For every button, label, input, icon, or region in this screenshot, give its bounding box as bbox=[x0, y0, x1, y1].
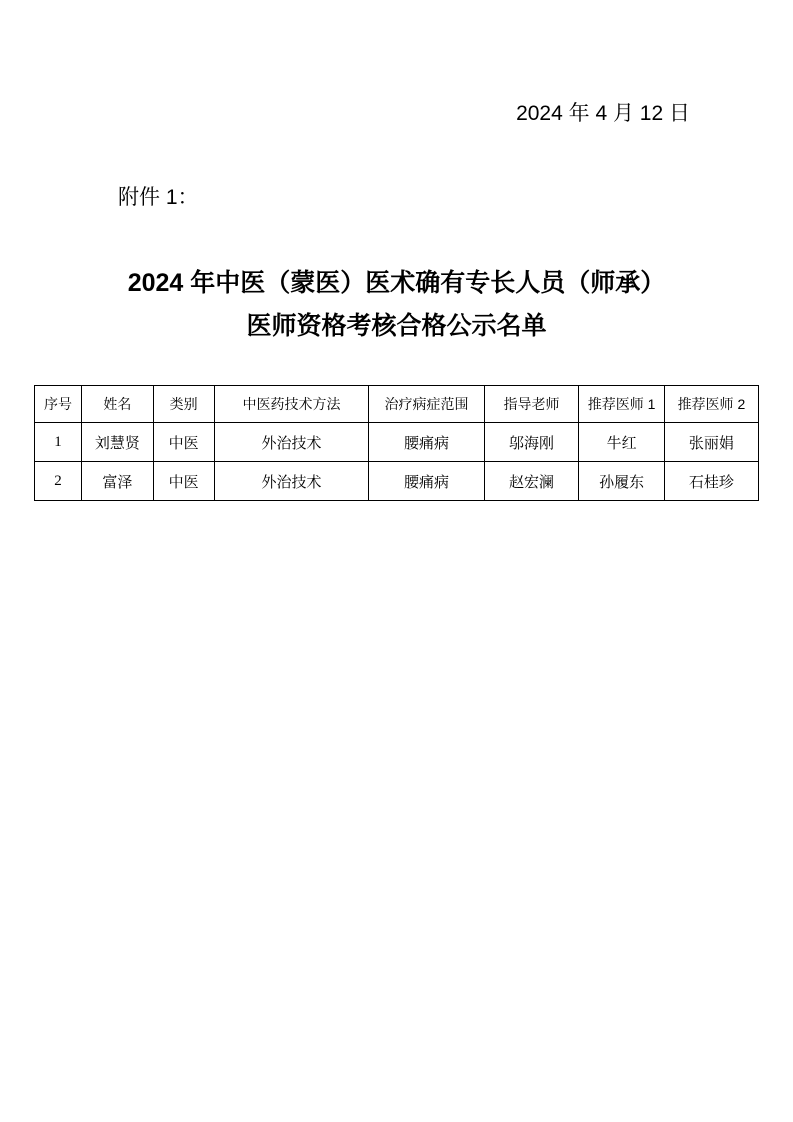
table-cell-category: 中医 bbox=[153, 423, 214, 462]
table-cell-name: 富泽 bbox=[82, 462, 154, 501]
table-cell-recommender-1: 牛红 bbox=[579, 423, 664, 462]
table-header-row: 序号 姓名 类别 中医药技术方法 治疗病症范围 指导老师 推荐医师 1 推荐医师… bbox=[35, 386, 759, 423]
document-title-line1: 2024 年中医（蒙医）医术确有专长人员（师承） bbox=[0, 262, 793, 305]
table-header-cell-technique: 中医药技术方法 bbox=[214, 386, 369, 423]
document-page: 2024 年 4 月 12 日 附件 1： 2024 年中医（蒙医）医术确有专长… bbox=[0, 0, 793, 1122]
table-cell-treatment-scope: 腰痛病 bbox=[369, 423, 484, 462]
table-header-cell-index: 序号 bbox=[35, 386, 82, 423]
table-row: 2 富泽 中医 外治技术 腰痛病 赵宏澜 孙履东 石桂珍 bbox=[35, 462, 759, 501]
table-cell-index: 1 bbox=[35, 423, 82, 462]
table-cell-name: 刘慧贤 bbox=[82, 423, 154, 462]
document-date: 2024 年 4 月 12 日 bbox=[516, 101, 690, 127]
table-cell-technique: 外治技术 bbox=[214, 423, 369, 462]
attachment-label: 附件 1： bbox=[118, 186, 199, 210]
table-cell-treatment-scope: 腰痛病 bbox=[369, 462, 484, 501]
table-cell-recommender-1: 孙履东 bbox=[579, 462, 664, 501]
table-header-cell-recommender-2: 推荐医师 2 bbox=[664, 386, 758, 423]
table-row: 1 刘慧贤 中医 外治技术 腰痛病 邬海刚 牛红 张丽娟 bbox=[35, 423, 759, 462]
table-cell-recommender-2: 石桂珍 bbox=[664, 462, 758, 501]
table-cell-technique: 外治技术 bbox=[214, 462, 369, 501]
roster-table: 序号 姓名 类别 中医药技术方法 治疗病症范围 指导老师 推荐医师 1 推荐医师… bbox=[34, 385, 759, 501]
document-title: 2024 年中医（蒙医）医术确有专长人员（师承） 医师资格考核合格公示名单 bbox=[0, 262, 793, 348]
table-header-cell-recommender-1: 推荐医师 1 bbox=[579, 386, 664, 423]
table-header-cell-treatment-scope: 治疗病症范围 bbox=[369, 386, 484, 423]
table-cell-index: 2 bbox=[35, 462, 82, 501]
table-header-cell-category: 类别 bbox=[153, 386, 214, 423]
table-header-cell-name: 姓名 bbox=[82, 386, 154, 423]
document-title-line2: 医师资格考核合格公示名单 bbox=[0, 305, 793, 348]
table-cell-recommender-2: 张丽娟 bbox=[664, 423, 758, 462]
table-cell-instructor: 赵宏澜 bbox=[484, 462, 579, 501]
table-cell-category: 中医 bbox=[153, 462, 214, 501]
table-header-cell-instructor: 指导老师 bbox=[484, 386, 579, 423]
table-cell-instructor: 邬海刚 bbox=[484, 423, 579, 462]
